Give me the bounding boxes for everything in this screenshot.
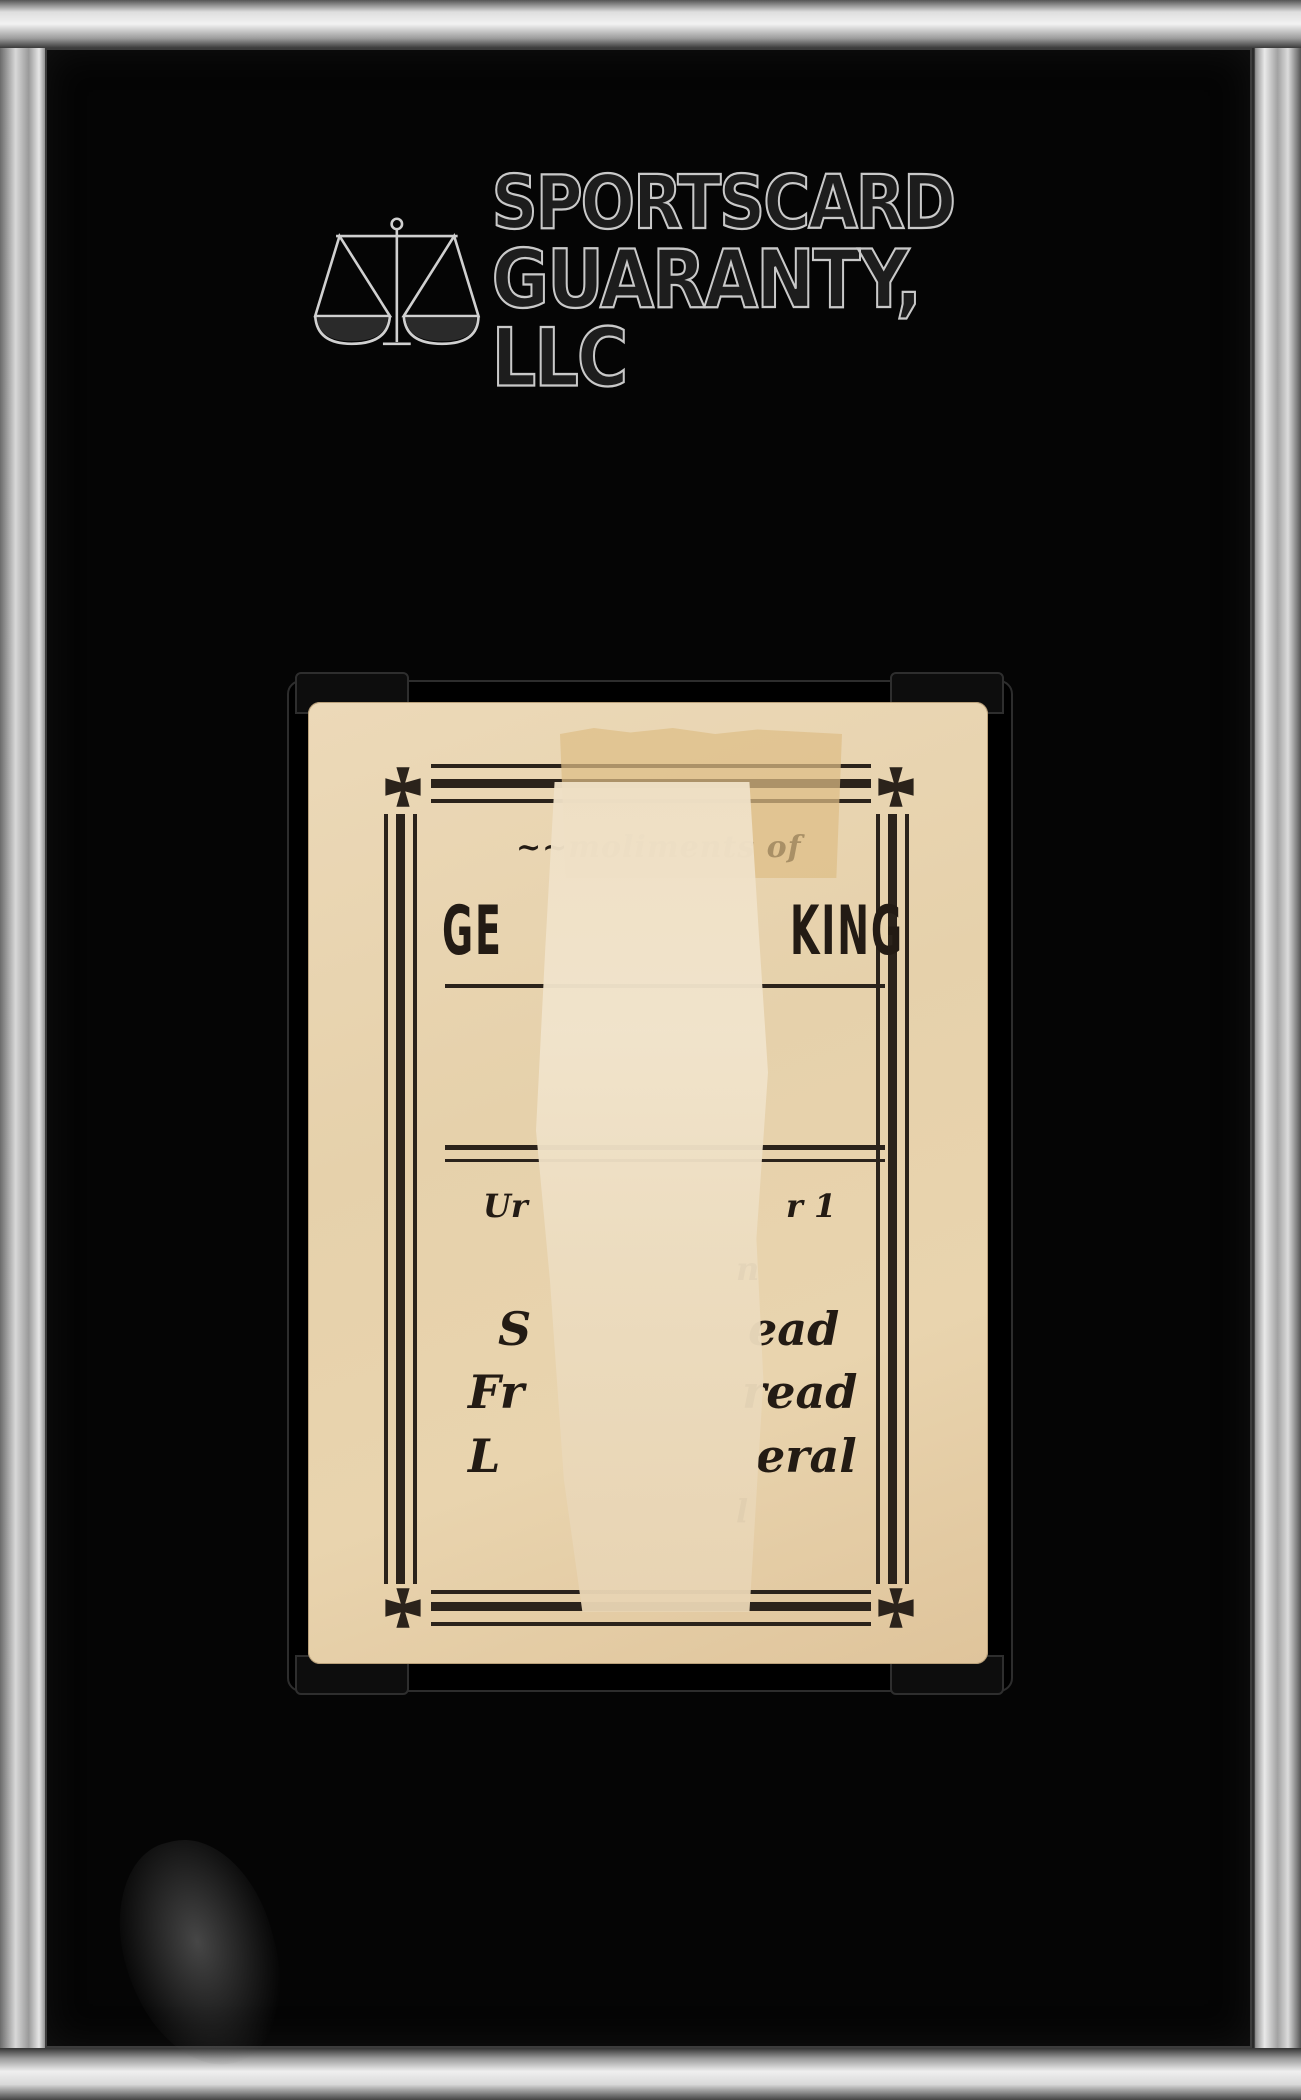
line-fr-left: Fr (468, 1365, 524, 1419)
card-slab: SPORTSCARD GUARANTY, LLC ~~mo (0, 0, 1301, 2100)
maltese-cross-icon (874, 1586, 918, 1630)
maltese-cross-icon (381, 1586, 425, 1630)
logo-line-1: SPORTSCARD (492, 168, 1000, 240)
maltese-cross-icon (381, 765, 425, 809)
line-l-left: L (468, 1429, 500, 1483)
frame-line-right-3 (905, 814, 909, 1584)
sgc-logo: SPORTSCARD GUARANTY, LLC (310, 198, 1000, 368)
frame-line-left-1 (384, 814, 388, 1584)
line-s-left: S (498, 1302, 531, 1356)
paper-loss-area (536, 782, 768, 1612)
slab-top-edge (0, 0, 1301, 48)
logo-line-2: GUARANTY, LLC (492, 240, 1000, 398)
line-l-right: eral (756, 1429, 857, 1483)
frame-line-left-2 (396, 814, 405, 1584)
maltese-cross-icon (874, 765, 918, 809)
frame-line-left-3 (413, 814, 417, 1584)
scales-of-justice-icon (310, 203, 484, 363)
trading-card-back: ~~moliments of GE KING Ur r 1 n S ead Fr… (308, 702, 988, 1664)
line-u-left: Ur (483, 1187, 528, 1225)
name-right-fragment: KING (790, 892, 904, 971)
sgc-wordmark: SPORTSCARD GUARANTY, LLC (492, 168, 1000, 398)
frame-line-bottom-3 (431, 1622, 871, 1626)
smudge-mark (99, 1823, 300, 2082)
line-u-right: r 1 (786, 1187, 836, 1225)
name-left-fragment: GE (442, 892, 503, 971)
